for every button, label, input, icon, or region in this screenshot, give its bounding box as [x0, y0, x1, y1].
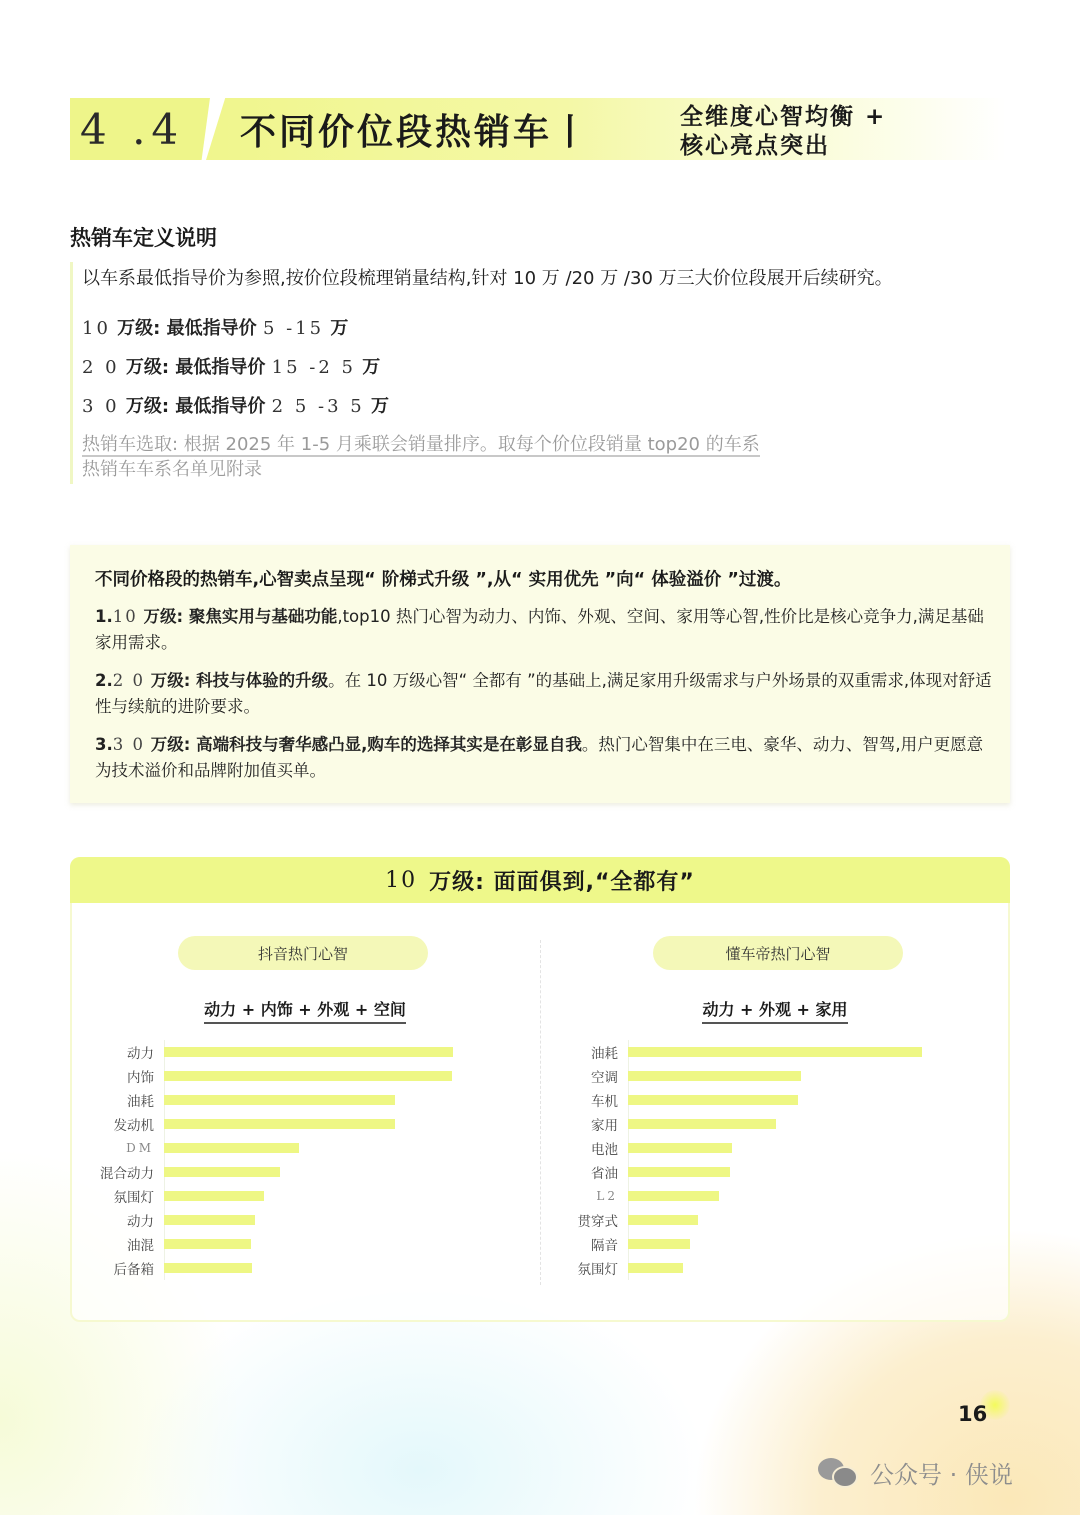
bar [628, 1071, 801, 1081]
item-bold: 万级: 高端科技与奢华感凸显,购车的选择其实是在彰显自我 [145, 735, 582, 754]
bar-row: 电池 [628, 1136, 732, 1160]
bar [628, 1143, 732, 1153]
bar-label: 氛围灯 [114, 1186, 155, 1206]
bar-label: 油混 [127, 1234, 154, 1254]
douyin-chart-title: 抖音热门心智 [258, 943, 348, 964]
definition-accent-bar [70, 262, 73, 484]
dongchedi-bar-chart: 油耗空调车机家用电池省油L2贯穿式隔音氛围灯 [628, 1040, 928, 1280]
bar [628, 1215, 698, 1225]
bar [164, 1095, 395, 1105]
tier-num: 2 0 [82, 357, 120, 378]
tier-range: 5 -15 [263, 318, 324, 339]
bar-label: 省油 [591, 1162, 618, 1182]
subtitle-line-2: 核心亮点突出 [680, 132, 886, 161]
wechat-icon [818, 1458, 862, 1488]
bar-label: DM [126, 1141, 154, 1155]
bar [164, 1167, 280, 1177]
tier-num: 10 [82, 318, 111, 339]
bar-label: 氛围灯 [578, 1258, 619, 1278]
bar-row: 隔音 [628, 1232, 690, 1256]
item-num: 3 0 [113, 735, 145, 754]
bar-row: 油耗 [628, 1040, 922, 1064]
item-num: 10 [113, 607, 138, 626]
bar [628, 1095, 798, 1105]
bar-label: 家用 [591, 1114, 618, 1134]
panel-divider [540, 940, 541, 1285]
bar-label: 混合动力 [100, 1162, 154, 1182]
douyin-pill: 抖音热门心智 [178, 936, 428, 970]
tier-unit: 万 [356, 357, 380, 378]
watermark: 公众号 · 侠说 [818, 1455, 1013, 1490]
dongchedi-chart-subtitle: 动力 + 外观 + 家用 [702, 997, 847, 1024]
bar [164, 1071, 452, 1081]
bar-row: DM [164, 1136, 299, 1160]
bar-row: 氛围灯 [628, 1256, 683, 1280]
bar [164, 1047, 453, 1057]
chart-panel-title: 10 万级: 面面俱到,“全都有” [70, 857, 1010, 903]
dongchedi-chart-title: 懂车帝热门心智 [725, 943, 830, 964]
bar-label: L2 [596, 1189, 618, 1203]
tier-num: 3 0 [82, 396, 120, 417]
bar [164, 1143, 299, 1153]
tier-unit: 万 [365, 396, 389, 417]
bar-row: 发动机 [164, 1112, 395, 1136]
item-bold: 万级: 科技与体验的升级 [145, 671, 328, 690]
tier-range: 2 5 -3 5 [272, 396, 365, 417]
bar [628, 1191, 719, 1201]
bar-row: 油耗 [164, 1088, 395, 1112]
tier-30: 3 0 万级: 最低指导价 2 5 -3 5 万 [82, 392, 389, 418]
bar [164, 1191, 264, 1201]
item-index: 2. [95, 671, 113, 690]
page-subtitle: 全维度心智均衡 + 核心亮点突出 [680, 103, 886, 161]
bar-row: 氛围灯 [164, 1184, 264, 1208]
bar-row: 内饰 [164, 1064, 452, 1088]
douyin-bar-chart: 动力内饰油耗发动机DM混合动力氛围灯动力油混后备箱 [164, 1040, 464, 1280]
bar-label: 车机 [591, 1090, 618, 1110]
bar-row: 油混 [164, 1232, 251, 1256]
tier-label: 万级: [120, 396, 169, 417]
tier-label: 万级: [120, 357, 169, 378]
page-title: 不同价位段热销车丨 [240, 104, 591, 155]
dongchedi-combo-wrap: 动力 + 外观 + 家用 [540, 997, 1010, 1024]
douyin-chart-subtitle: 动力 + 内饰 + 外观 + 空间 [204, 997, 406, 1024]
item-index: 3. [95, 735, 113, 754]
summary-item-1: 1.10 万级: 聚焦实用与基础功能,top10 热门心智为动力、内饰、外观、空… [95, 604, 995, 656]
bar-label: 空调 [591, 1066, 618, 1086]
bar-label: 贯穿式 [578, 1210, 619, 1230]
bar-row: 动力 [164, 1208, 255, 1232]
bar [628, 1239, 690, 1249]
bar [628, 1263, 683, 1273]
tier-range-prefix: 最低指导价 [167, 318, 263, 339]
definition-title: 热销车定义说明 [70, 222, 217, 252]
bar-row: 后备箱 [164, 1256, 252, 1280]
dongchedi-pill: 懂车帝热门心智 [653, 936, 903, 970]
bar-label: 内饰 [127, 1066, 154, 1086]
bar-label: 后备箱 [114, 1258, 155, 1278]
bar-label: 油耗 [591, 1042, 618, 1062]
definition-intro: 以车系最低指导价为参照,按价位段梳理销量结构,针对 10 万 /20 万 /30… [82, 264, 893, 290]
bar-label: 隔音 [591, 1234, 618, 1254]
bar [628, 1167, 730, 1177]
note-line-2: 热销车车系名单见附录 [82, 459, 262, 480]
bar-row: 家用 [628, 1112, 776, 1136]
bar-row: 省油 [628, 1160, 730, 1184]
tier-10: 10 万级: 最低指导价 5 -15 万 [82, 314, 348, 340]
section-number: 4 .4 [70, 98, 210, 160]
bar-label: 油耗 [127, 1090, 154, 1110]
tier-range: 15 -2 5 [272, 357, 356, 378]
bar-row: 动力 [164, 1040, 453, 1064]
selection-note: 热销车选取: 根据 2025 年 1-5 月乘联会销量排序。取每个价位段销量 t… [82, 432, 760, 482]
bar-label: 电池 [591, 1138, 618, 1158]
subtitle-line-1: 全维度心智均衡 + [680, 103, 886, 132]
summary-headline: 不同价格段的热销车,心智卖点呈现“ 阶梯式升级 ”,从“ 实用优先 ”向“ 体验… [95, 566, 791, 591]
item-num: 2 0 [113, 671, 145, 690]
bar-label: 发动机 [114, 1114, 155, 1134]
bar-row: 混合动力 [164, 1160, 280, 1184]
summary-item-3: 3.3 0 万级: 高端科技与奢华感凸显,购车的选择其实是在彰显自我。热门心智集… [95, 732, 995, 784]
bar-row: 车机 [628, 1088, 798, 1112]
summary-item-2: 2.2 0 万级: 科技与体验的升级。在 10 万级心智“ 全都有 ”的基础上,… [95, 668, 995, 720]
bar-label: 动力 [127, 1042, 154, 1062]
bar [628, 1047, 922, 1057]
tier-20: 2 0 万级: 最低指导价 15 -2 5 万 [82, 353, 380, 379]
bar [164, 1263, 252, 1273]
note-line-1: 热销车选取: 根据 2025 年 1-5 月乘联会销量排序。取每个价位段销量 t… [82, 434, 760, 457]
tier-range-prefix: 最低指导价 [175, 357, 271, 378]
douyin-combo-wrap: 动力 + 内饰 + 外观 + 空间 [70, 997, 540, 1024]
bar-label: 动力 [127, 1210, 154, 1230]
item-bold: 万级: 聚焦实用与基础功能 [138, 607, 338, 626]
bar [628, 1119, 776, 1129]
page-number: 16 [958, 1402, 987, 1426]
panel-title-num: 10 [385, 868, 417, 893]
tier-unit: 万 [324, 318, 348, 339]
bar-row: 贯穿式 [628, 1208, 698, 1232]
bar-row: L2 [628, 1184, 719, 1208]
bar [164, 1119, 395, 1129]
bar [164, 1239, 251, 1249]
bar-row: 空调 [628, 1064, 801, 1088]
tier-range-prefix: 最低指导价 [175, 396, 271, 417]
watermark-text: 公众号 · 侠说 [870, 1455, 1013, 1490]
tier-label: 万级: [111, 318, 160, 339]
panel-title-text: 万级: 面面俱到,“全都有” [429, 865, 695, 896]
item-index: 1. [95, 607, 113, 626]
bar [164, 1215, 255, 1225]
